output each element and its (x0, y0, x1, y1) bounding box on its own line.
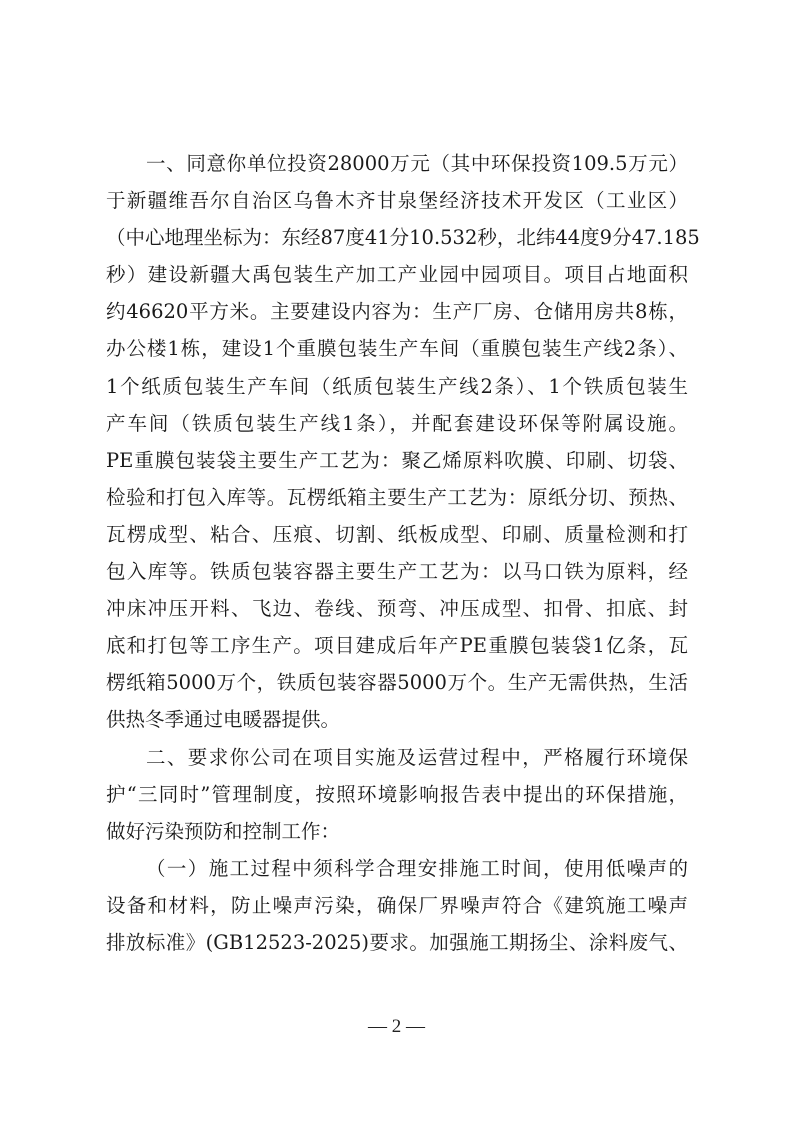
text-line: 产车间（铁质包装生产线1条），并配套建设环保等附属设施。 (106, 405, 688, 442)
text-line: （中心地理坐标为：东经87度41分10.532秒，北纬44度9分47.185 (106, 219, 688, 256)
text-line: 冲床冲压开料、飞边、卷线、预弯、冲压成型、扣骨、扣底、封 (106, 590, 688, 627)
text-line: 底和打包等工序生产。项目建成后年产PE重膜包装袋1亿条，瓦 (106, 627, 688, 664)
document-page: 一、同意你单位投资28000万元（其中环保投资109.5万元） 于新疆维吾尔自治… (0, 0, 793, 1122)
text-line: 包入库等。铁质包装容器主要生产工艺为：以马口铁为原料，经 (106, 553, 688, 590)
text-line: 设备和材料，防止噪声污染，确保厂界噪声符合《建筑施工噪声 (106, 887, 688, 924)
text-line: 办公楼1栋，建设1个重膜包装生产车间（重膜包装生产线2条）、 (106, 330, 688, 367)
text-line: 排放标准》(GB12523-2025)要求。加强施工期扬尘、涂料废气、 (106, 924, 688, 961)
text-line: 1个纸质包装生产车间（纸质包装生产线2条）、1个铁质包装生 (106, 368, 688, 405)
text-line: 秒）建设新疆大禹包装生产加工产业园中园项目。项目占地面积 (106, 256, 688, 293)
text-line: 约46620平方米。主要建设内容为：生产厂房、仓储用房共8栋， (106, 293, 688, 330)
text-line: 一、同意你单位投资28000万元（其中环保投资109.5万元） (106, 145, 688, 182)
text-line: 瓦楞成型、粘合、压痕、切割、纸板成型、印刷、质量检测和打 (106, 516, 688, 553)
text-line: 楞纸箱5000万个，铁质包装容器5000万个。生产无需供热，生活 (106, 664, 688, 701)
text-line: 二、要求你公司在项目实施及运营过程中，严格履行环境保 (106, 739, 688, 776)
page-number: — 2 — (0, 1016, 793, 1038)
text-line: PE重膜包装袋主要生产工艺为：聚乙烯原料吹膜、印刷、切袋、 (106, 442, 688, 479)
text-line: 于新疆维吾尔自治区乌鲁木齐甘泉堡经济技术开发区（工业区） (106, 182, 688, 219)
text-line: （一）施工过程中须科学合理安排施工时间，使用低噪声的 (106, 850, 688, 887)
text-line: 做好污染预防和控制工作： (106, 813, 688, 850)
text-line: 供热冬季通过电暖器提供。 (106, 701, 688, 738)
text-line: 护“三同时”管理制度，按照环境影响报告表中提出的环保措施， (106, 776, 688, 813)
document-body: 一、同意你单位投资28000万元（其中环保投资109.5万元） 于新疆维吾尔自治… (106, 145, 688, 961)
text-line: 检验和打包入库等。瓦楞纸箱主要生产工艺为：原纸分切、预热、 (106, 479, 688, 516)
